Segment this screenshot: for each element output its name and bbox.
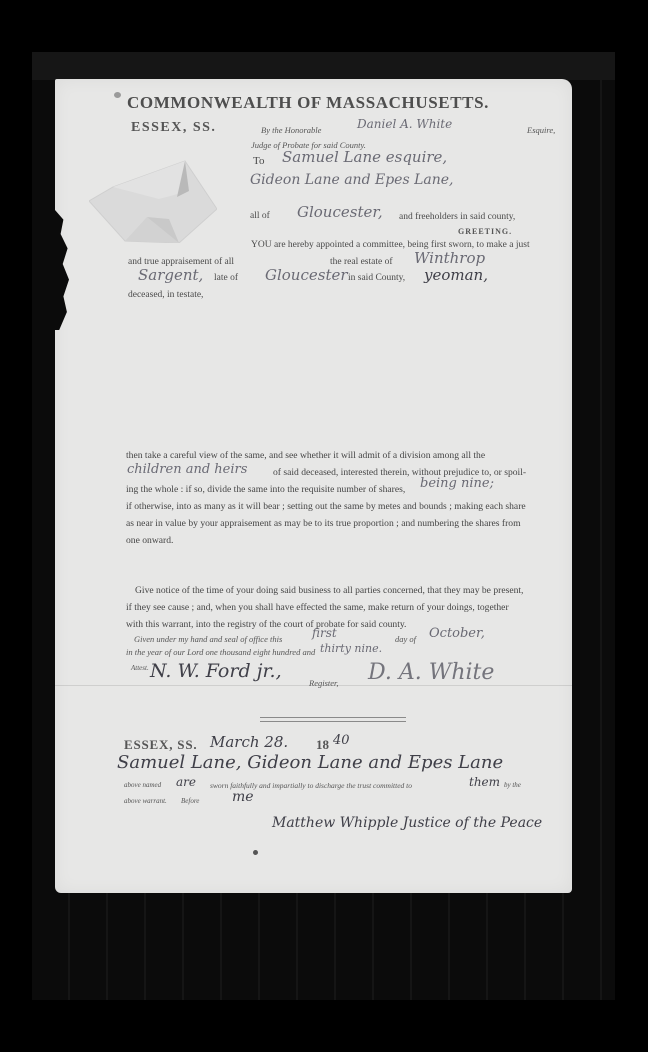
deceased-town: Gloucester [265,266,348,284]
month-handwritten: October, [429,626,485,641]
deceased-last-name: Sargent, [138,266,203,284]
register-signature: N. W. Ford jr., [150,660,282,682]
oath-verb-handwritten: are [176,775,196,789]
view-para-line-3: ing the whole : if so, divide the same i… [126,481,405,498]
oath-year-prefix: 18 [316,737,329,753]
view-para-line-5: as near in value by your appraisement as… [126,515,521,532]
wafer-seal-icon [89,147,217,243]
greeting: GREETING. [458,227,512,236]
county-text: in said County, [348,273,405,283]
ink-dot [253,850,258,855]
day-handwritten: first [312,626,337,640]
notice-para-line-3: with this warrant, into the registry of … [126,616,406,633]
shares-handwritten: being nine; [420,476,494,491]
late-of-label: late of [214,273,238,283]
by-the-label: by the [504,781,521,789]
oath-names-handwritten: Samuel Lane, Gideon Lane and Epes Lane [117,752,503,773]
appointment-text: YOU are hereby appointed a committee, be… [251,240,530,250]
freeholders-text: and freeholders in said county, [399,212,515,222]
above-named-label: above named [124,781,161,789]
register-label: Register, [309,678,339,688]
year-handwritten: thirty nine. [320,642,382,655]
oath-year-handwritten: 40 [333,733,350,748]
document-heading: COMMONWEALTH OF MASSACHUSETTS. [127,93,489,113]
deceased-first-name: Winthrop [414,249,485,267]
judge-intro: By the Honorable [261,125,321,135]
deceased-text: deceased, in testate, [128,290,203,300]
addressee-line-1: Samuel Lane esquire, [282,148,447,166]
ink-spot [114,92,121,98]
oath-date-handwritten: March 28. [210,733,288,751]
town-handwritten: Gloucester, [297,203,383,221]
county-header: ESSEX, SS. [131,120,216,136]
year-text: in the year of our Lord one thousand eig… [126,647,315,657]
addressee-line-2: Gideon Lane and Epes Lane, [250,172,453,188]
me-handwritten: me [232,789,254,805]
judge-suffix: Esquire, [527,125,555,135]
divider-rule [260,717,406,722]
scan-frame-top [32,52,615,80]
occupation: yeoman, [424,266,488,284]
above-warrant-label: above warrant. [124,797,167,805]
given-under-text: Given under my hand and seal of office t… [134,634,282,644]
justice-signature: Matthew Whipple Justice of the Peace [272,815,542,831]
to-label: To [253,155,264,167]
before-label: Before [181,797,199,805]
oath-county-header: ESSEX, SS. [124,737,197,753]
judge-signature: D. A. White [368,660,494,685]
heirs-handwritten: children and heirs [127,462,247,477]
attest-label: Attest. [131,664,149,672]
judge-name-handwritten: Daniel A. White [357,117,452,131]
notice-para-line-2: if they see cause ; and, when you shall … [126,599,509,616]
day-of-label: day of [395,634,416,644]
them-handwritten: them [469,775,500,789]
view-para-line-6: one onward. [126,532,173,549]
notice-para-line-1: Give notice of the time of your doing sa… [135,582,523,599]
all-of-label: all of [250,211,270,221]
view-para-line-4: if otherwise, into as many as it will be… [126,498,526,515]
